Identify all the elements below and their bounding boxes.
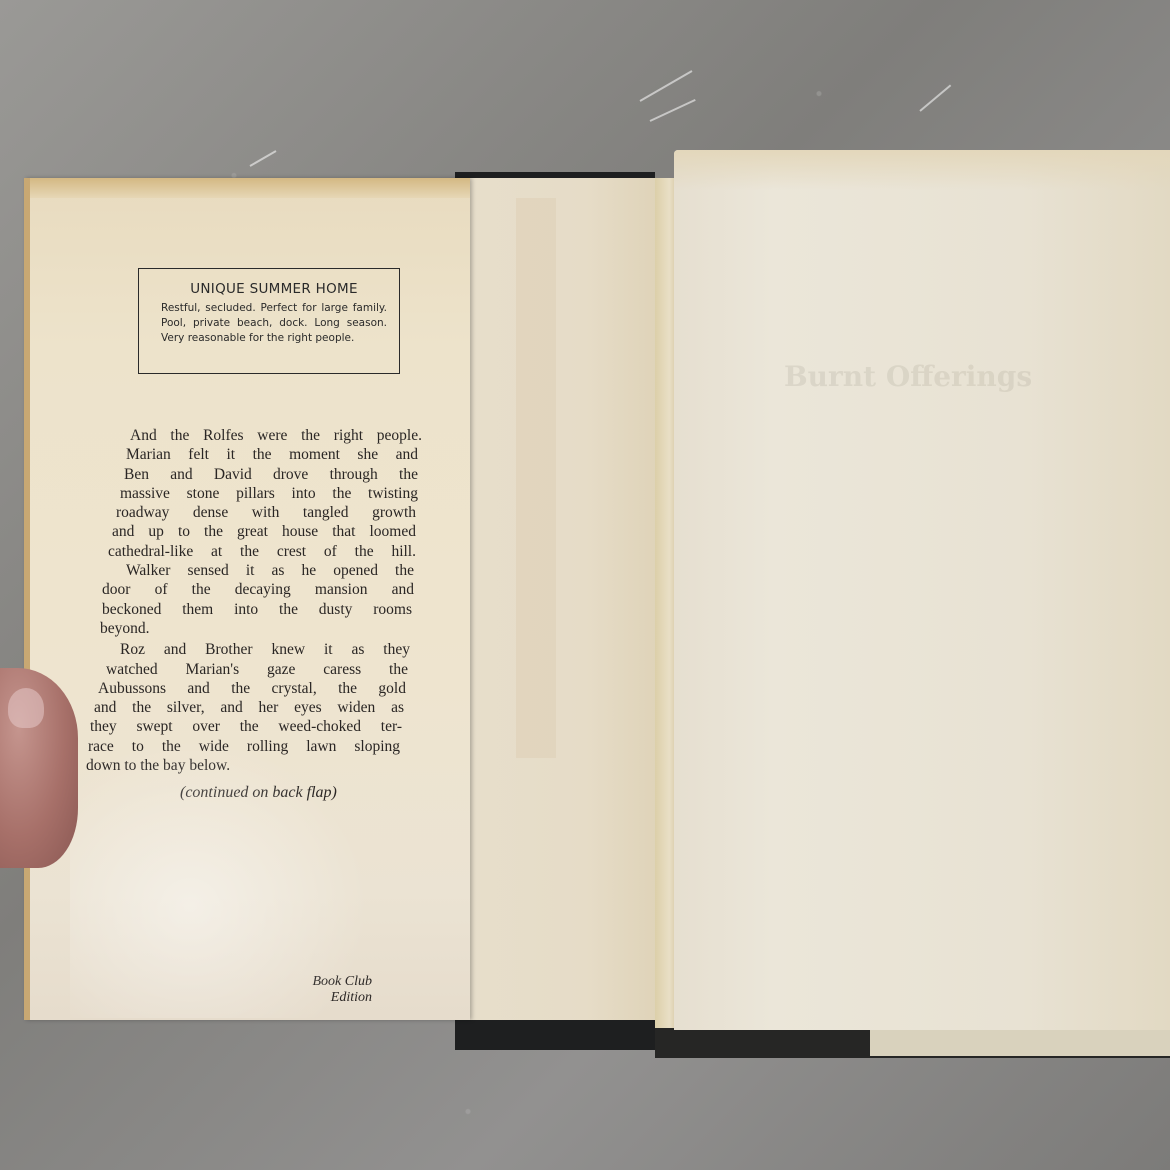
- edition-line: Book Club: [292, 974, 372, 990]
- flyleaf-page: Burnt Offerings: [674, 150, 1170, 1030]
- bleed-through-title: Burnt Offerings: [784, 360, 1032, 393]
- blurb-line: massive stone pillars into the twisting: [102, 484, 422, 503]
- photo-scene: Burnt Offerings UNIQUE SUMMER HOME Restf…: [0, 0, 1170, 1170]
- blurb-line: beckoned them into the dusty rooms: [102, 600, 422, 619]
- pastedown-endpaper: [466, 178, 666, 1020]
- floor-scratch: [919, 85, 951, 112]
- blurb-line: And the Rolfes were the right people.: [102, 426, 422, 445]
- blurb-line: roadway dense with tangled growth: [102, 503, 422, 522]
- blurb-line: Walker sensed it as he opened the: [102, 561, 422, 580]
- blurb-line: and up to the great house that loomed: [102, 522, 422, 541]
- blurb-line: cathedral-like at the crest of the hill.: [102, 542, 422, 561]
- thumb: [0, 668, 78, 868]
- floor-scratch: [650, 99, 696, 122]
- thumbnail-nail: [8, 688, 44, 728]
- blurb-line: watched Marian's gaze caress the: [102, 660, 422, 679]
- ad-body: Restful, secluded. Perfect for large fam…: [161, 301, 387, 346]
- book-cloth-strip: [870, 1030, 1170, 1056]
- edition-line: Edition: [292, 990, 372, 1006]
- paper-stain: [516, 198, 556, 758]
- flap-blurb: And the Rolfes were the right people. Ma…: [102, 426, 422, 775]
- blurb-line: Ben and David drove through the: [102, 465, 422, 484]
- blurb-line: beyond.: [100, 619, 422, 638]
- ad-title: UNIQUE SUMMER HOME: [161, 281, 387, 297]
- blurb-line: race to the wide rolling lawn sloping: [88, 737, 422, 756]
- blurb-line: down to the bay below.: [86, 756, 422, 775]
- dust-jacket-flap: UNIQUE SUMMER HOME Restful, secluded. Pe…: [24, 178, 470, 1020]
- classified-ad-box: UNIQUE SUMMER HOME Restful, secluded. Pe…: [138, 268, 400, 374]
- floor-scratch: [640, 70, 693, 102]
- continued-note: (continued on back flap): [180, 784, 337, 802]
- blurb-line: and the silver, and her eyes widen as: [94, 698, 422, 717]
- blurb-line: door of the decaying mansion and: [102, 580, 422, 599]
- blurb-line: Aubussons and the crystal, the gold: [98, 679, 422, 698]
- floor-scratch: [250, 150, 277, 167]
- blurb-line: Marian felt it the moment she and: [102, 445, 422, 464]
- blurb-line: Roz and Brother knew it as they: [102, 640, 422, 659]
- blurb-line: they swept over the weed-choked ter-: [90, 717, 422, 736]
- book-club-edition: Book Club Edition: [292, 974, 372, 1006]
